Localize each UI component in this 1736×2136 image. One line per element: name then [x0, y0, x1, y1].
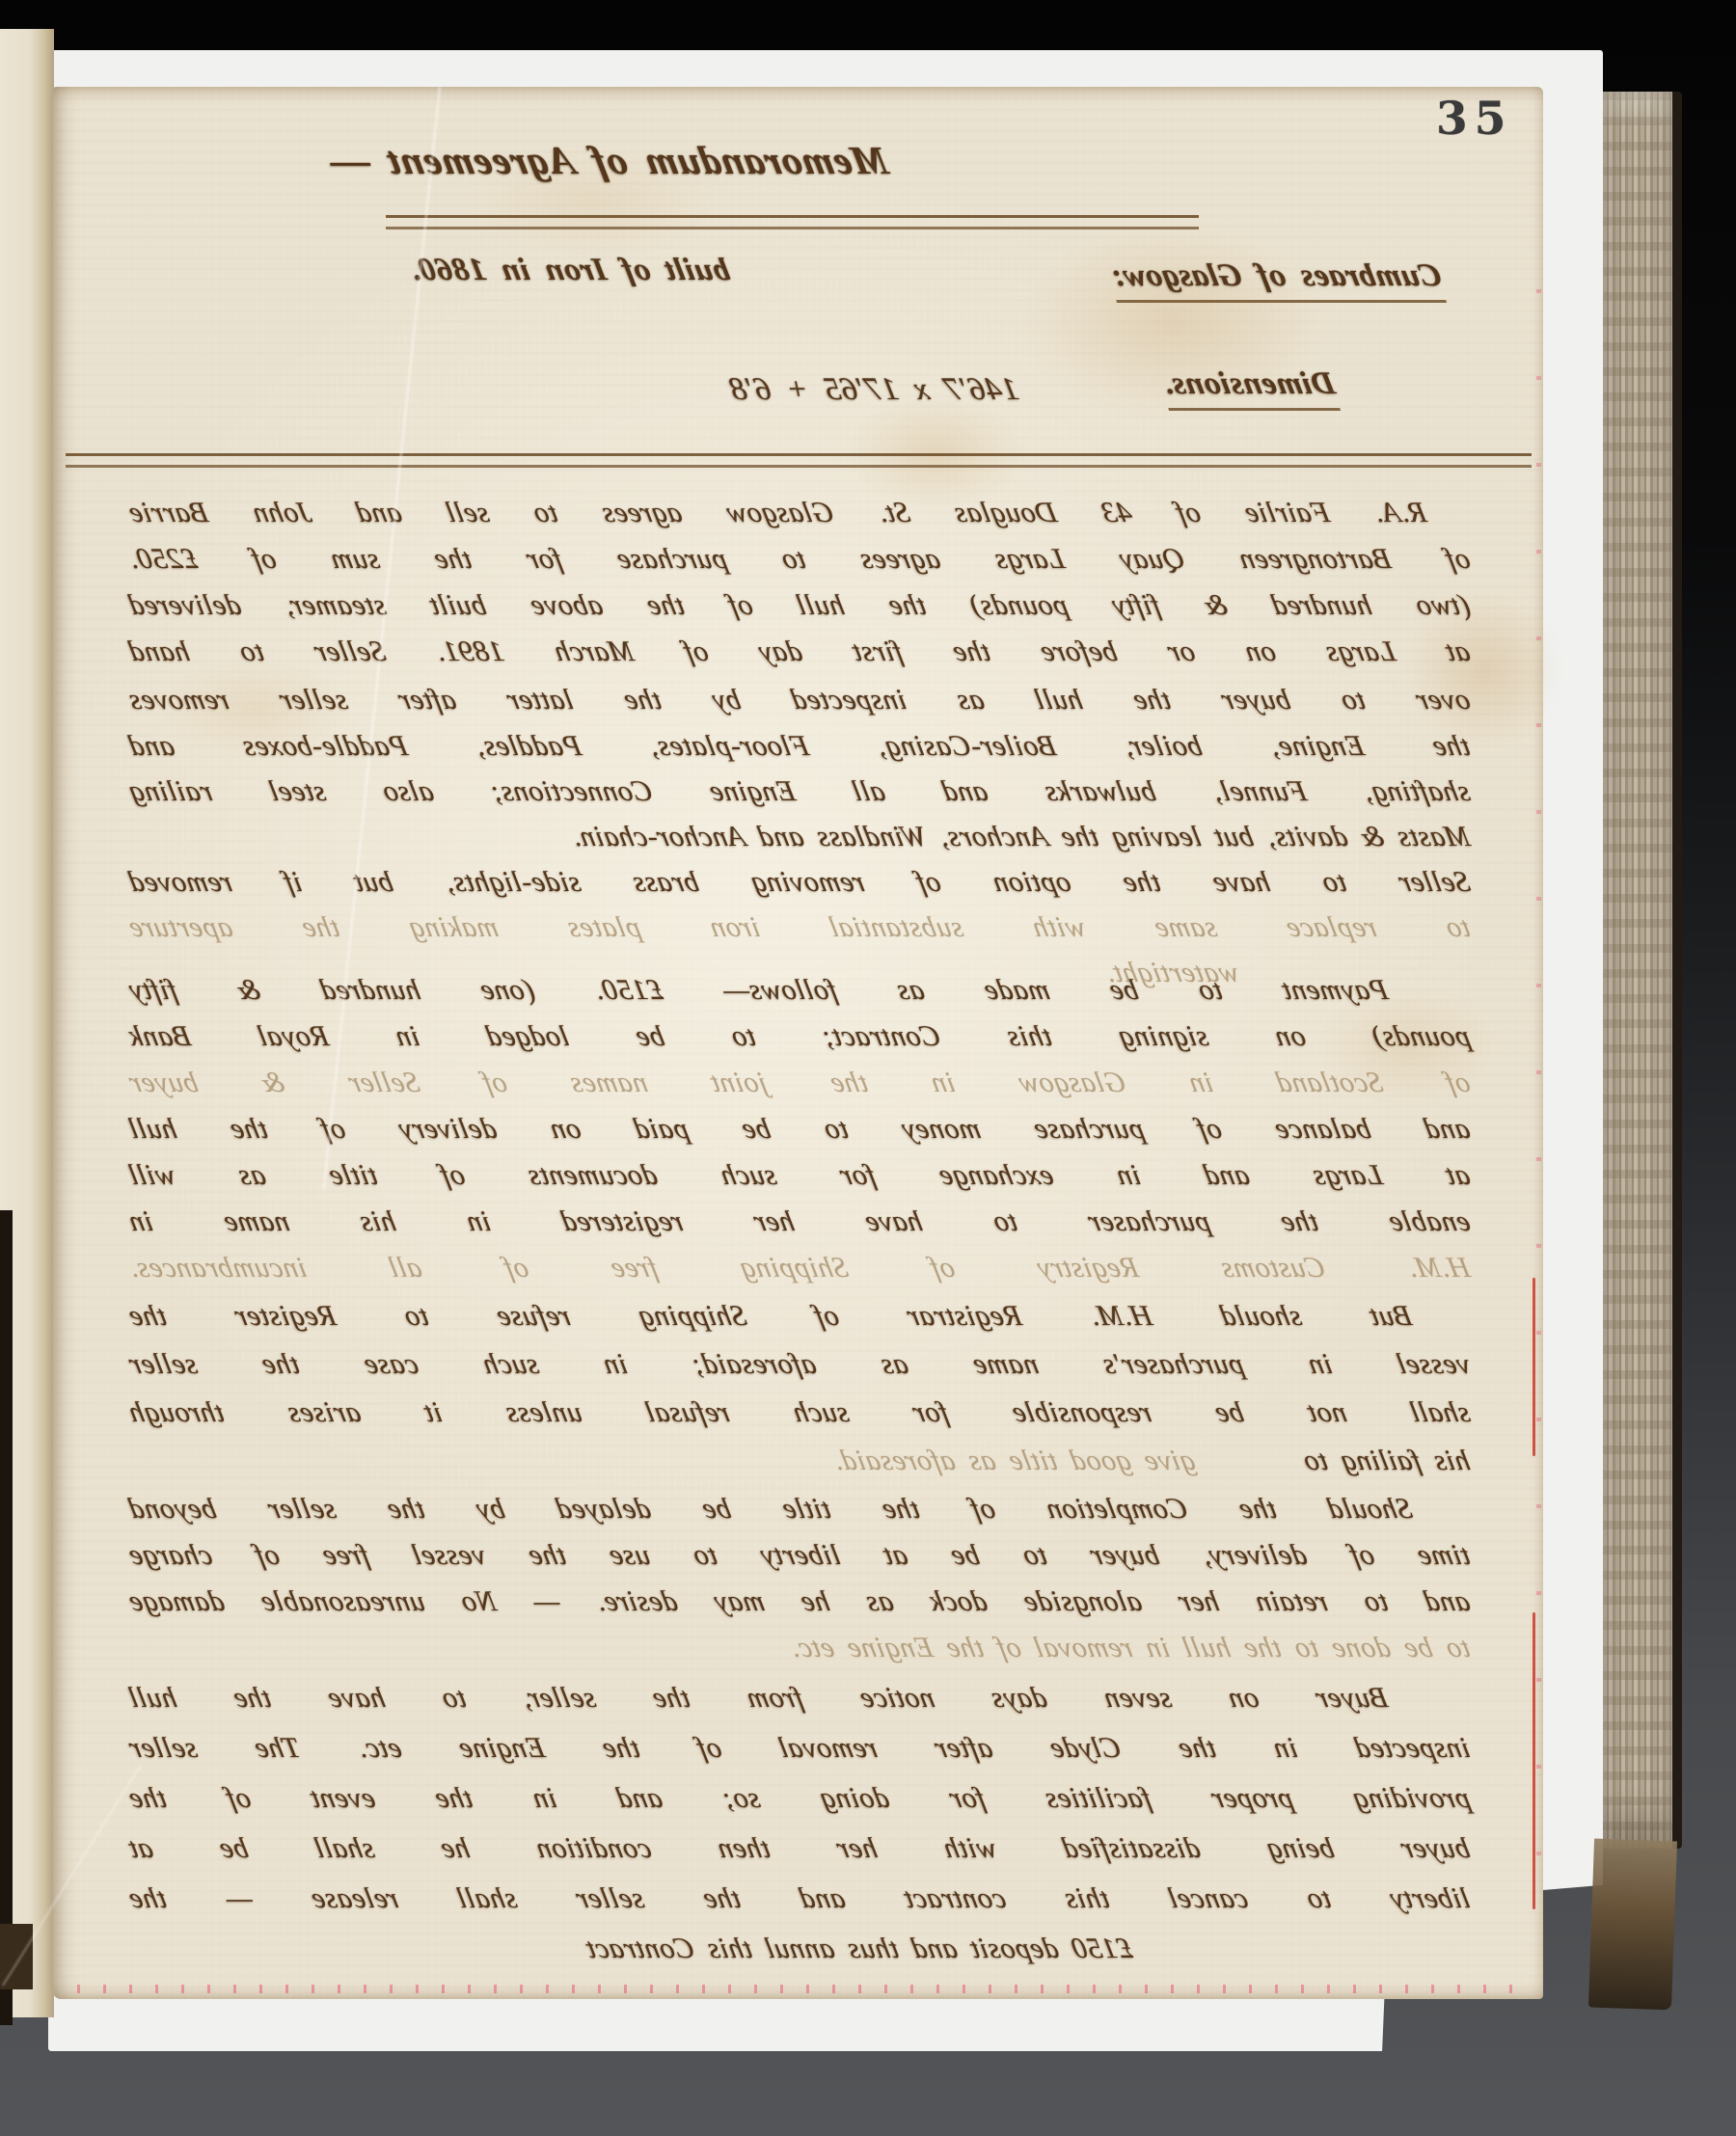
handwriting-line: vessel in purchaser's name as aforesaid;… [125, 1348, 1476, 1392]
handwriting-line: £150 deposit and thus annul this Contrac… [583, 1933, 1138, 1977]
handwriting-line: Masts & davits, but leaving the Anchors,… [568, 821, 1476, 865]
handwriting-line: over to buyer the hull as inspected by t… [125, 684, 1476, 728]
handwriting-line: pounds) on signing this Contract; to be … [125, 1020, 1476, 1065]
handwriting-line: Buyer on seven days notice from the sell… [125, 1682, 1394, 1726]
built-info: built of Iron in 1860. [406, 253, 733, 288]
right-edge-speckles [1536, 289, 1541, 1919]
handwriting-line: to replace same with substantial iron pl… [125, 911, 1476, 956]
handwriting-line: to be done to the hull in removal of the… [787, 1632, 1476, 1676]
red-margin-rule [1533, 1278, 1535, 1456]
handwriting-line: shafting, Funnel, bulwarks and all Engin… [125, 775, 1476, 820]
page-number-stamp: 35 [1436, 93, 1512, 146]
handwriting-line: buyer being dissatisfied with her then c… [125, 1832, 1476, 1877]
mirrored-handwriting-layer: Memorandum of Agreement — Cumbraes of Gl… [53, 87, 1543, 1999]
dimensions-value: 146'7 x 17'65 + 6'8 [726, 372, 1022, 408]
handwriting-line: inspected in the Clyde after removal of … [125, 1732, 1476, 1776]
handwriting-line: and balance of purchase money to be paid… [125, 1113, 1476, 1157]
handwriting-line: enable the purchaser to have her registe… [125, 1205, 1476, 1250]
book-fore-edge-bottom [1588, 1839, 1677, 2011]
book-cover-edge [0, 1210, 13, 2025]
handwriting-line: Seller to have the option of removing br… [125, 866, 1476, 910]
dimensions-label: Dimensions. [1159, 366, 1341, 411]
handwriting-line: providing proper facilities for doing so… [125, 1782, 1476, 1826]
handwriting-line: and to retain her alongside dock as he m… [125, 1585, 1476, 1630]
handwriting-line: (two hundred & fifty pounds) the hull of… [125, 589, 1476, 634]
handwriting-line: at Largs and in exchange for such docume… [125, 1159, 1476, 1203]
handwriting-line: the Engine, boiler, Boiler-Casing, Floor… [125, 730, 1476, 774]
book-page: Memorandum of Agreement — Cumbraes of Gl… [53, 87, 1543, 1999]
bottom-edge-speckles [77, 1985, 1524, 1993]
handwriting-line: But should H.M. Registrar of Shipping re… [125, 1300, 1418, 1344]
handwriting-line: of Bartongreen Quay Largs agrees to purc… [125, 543, 1476, 587]
handwriting-line: liberty to cancel this contract and the … [125, 1882, 1476, 1927]
handwriting-line: Should the Completion of the title be de… [125, 1493, 1418, 1537]
vessel-name: Cumbraes of Glasgow: [1108, 258, 1447, 303]
handwriting-line: time of delivery, buyer to be at liberty… [125, 1539, 1476, 1583]
handwriting-line: give good title as aforesaid. [830, 1445, 1201, 1489]
header-separator-rule [66, 453, 1532, 468]
handwriting-line: Payment to be made as follows— £150. (on… [125, 974, 1394, 1018]
handwriting-line: shall not be responsible for such refusa… [125, 1396, 1476, 1441]
handwriting-line: H.M. Customs Registry of Shipping free o… [125, 1252, 1476, 1296]
title-underline [386, 215, 1199, 230]
document-title: Memorandum of Agreement — [323, 137, 892, 183]
handwriting-line: his failing to [1300, 1445, 1476, 1489]
book-fore-edge [1603, 92, 1682, 1849]
red-margin-rule [1533, 1612, 1535, 1909]
handwriting-line: of Scotland in Glasgow in the joint name… [125, 1067, 1476, 1111]
handwriting-line: R.A. Fairlie of 43 Douglas St. Glasgow a… [125, 497, 1432, 541]
handwriting-line: at Largs on or before the first day of M… [125, 635, 1476, 680]
book-cover-corner [0, 1924, 33, 1989]
